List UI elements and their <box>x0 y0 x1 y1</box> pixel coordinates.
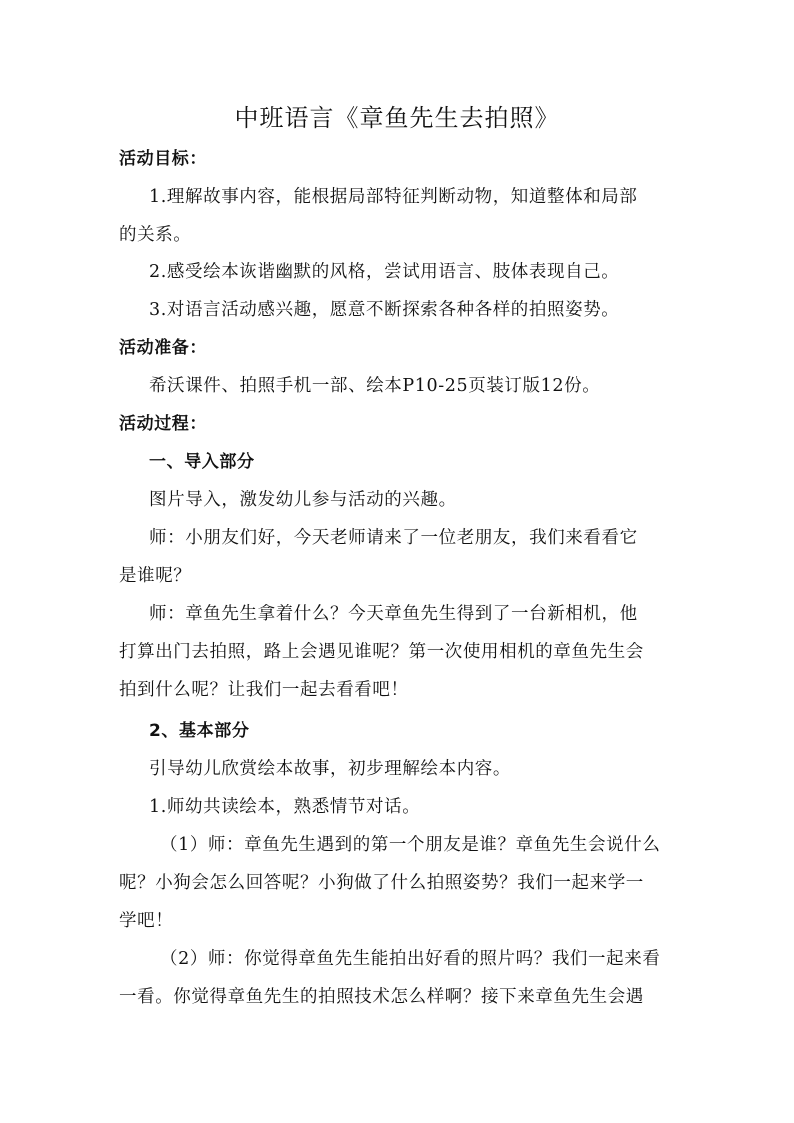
document-page: 中班语言《章鱼先生去拍照》 活动目标： 1.理解故事内容，能根据局部特征判断动物… <box>0 0 794 1123</box>
paragraph-line: 师：章鱼先生拿着什么？今天章鱼先生得到了一台新相机，他 <box>149 601 709 627</box>
preparation-heading: 活动准备： <box>119 335 679 361</box>
part1-heading: 一、导入部分 <box>149 449 709 475</box>
preparation-text: 希沃课件、拍照手机一部、绘本P10-25页装订版12份。 <box>149 373 709 399</box>
paragraph-line: 学吧！ <box>119 908 679 934</box>
paragraph-line: 拍到什么呢？让我们一起去看看吧！ <box>119 677 679 703</box>
goal-item: 3.对语言活动感兴趣，愿意不断探索各种各样的拍照姿势。 <box>149 297 709 323</box>
paragraph-line: 打算出门去拍照，路上会遇见谁呢？第一次使用相机的章鱼先生会 <box>119 639 679 665</box>
part2-heading: 2、基本部分 <box>149 718 709 744</box>
process-heading: 活动过程： <box>119 411 679 437</box>
paragraph-line: （1）师：章鱼先生遇到的第一个朋友是谁？章鱼先生会说什么 <box>160 832 720 858</box>
paragraph-line: 1.师幼共读绘本，熟悉情节对话。 <box>149 794 709 820</box>
goals-heading: 活动目标： <box>119 146 679 172</box>
goal-item-continued: 的关系。 <box>119 222 679 248</box>
paragraph-line: 呢？小狗会怎么回答呢？小狗做了什么拍照姿势？我们一起来学一 <box>119 870 679 896</box>
paragraph-line: 师：小朋友们好，今天老师请来了一位老朋友，我们来看看它 <box>149 525 709 551</box>
goal-item: 1.理解故事内容，能根据局部特征判断动物，知道整体和局部 <box>149 184 709 210</box>
paragraph-line: 引导幼儿欣赏绘本故事，初步理解绘本内容。 <box>149 756 709 782</box>
goal-item: 2.感受绘本诙谐幽默的风格，尝试用语言、肢体表现自己。 <box>149 259 709 285</box>
paragraph-line: 图片导入，激发幼儿参与活动的兴趣。 <box>149 487 709 513</box>
paragraph-line: （2）师：你觉得章鱼先生能拍出好看的照片吗？我们一起来看 <box>160 946 720 972</box>
page-title: 中班语言《章鱼先生去拍照》 <box>0 100 794 136</box>
paragraph-line: 一看。你觉得章鱼先生的拍照技术怎么样啊？接下来章鱼先生会遇 <box>119 984 679 1010</box>
paragraph-line: 是谁呢？ <box>119 563 679 589</box>
